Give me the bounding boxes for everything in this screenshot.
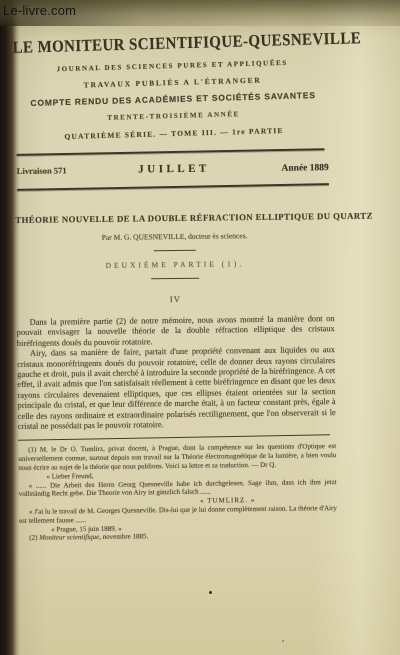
- ink-speck-small: [282, 640, 284, 642]
- page-content: LE MONITEUR SCIENTIFIQUE-QUESNEVILLE JOU…: [13, 0, 338, 543]
- section-number: IV: [16, 292, 334, 306]
- footnote-2-prefix: (2): [29, 534, 39, 542]
- horizontal-rule-top: [17, 148, 325, 157]
- journal-year-line: TRENTE-TROISIÈME ANNÉE: [15, 108, 333, 125]
- issue-livraison: Livraison 571: [17, 165, 67, 176]
- masthead: LE MONITEUR SCIENTIFIQUE-QUESNEVILLE JOU…: [12, 32, 333, 143]
- center-rule-2: [151, 278, 199, 280]
- body-paragraph: Airy, dans sa manière de faire, partait …: [17, 345, 336, 432]
- article-byline: Par M. G. QUESNEVILLE, docteur ès scienc…: [16, 230, 334, 243]
- article-title: THÉORIE NOUVELLE DE LA DOUBLE RÉFRACTION…: [15, 211, 333, 225]
- scanned-journal-page: Le-livre.com LE MONITEUR SCIENTIFIQUE-QU…: [0, 0, 400, 655]
- journal-subtitle-travaux: TRAVAUX PUBLIÉS A L'ÉTRANGER: [14, 74, 332, 92]
- center-rule-1: [154, 250, 196, 252]
- footnote-2-journal-name: Moniteur scientifique: [39, 533, 99, 542]
- ink-speck: [209, 591, 212, 594]
- body-paragraph: Dans la première partie (2) de notre mém…: [17, 314, 335, 349]
- journal-subtitle-compte-rendu: COMPTE RENDU DES ACADÉMIES ET SOCIÉTÉS S…: [14, 90, 332, 109]
- footnote-1: (1) M. le Dr O. Tumlirz, privat docent, …: [18, 443, 336, 473]
- horizontal-rule-bottom: [17, 183, 329, 192]
- footnote-2-suffix: , novembre 1885.: [99, 533, 148, 542]
- issue-bar: Livraison 571 JUILLET Année 1889: [15, 161, 333, 177]
- issue-year: Année 1889: [281, 163, 328, 174]
- journal-subtitle-sciences: JOURNAL DES SCIENCES PURES ET APPLIQUÉES: [13, 58, 331, 75]
- part-heading: DEUXIÈME PARTIE (1).: [16, 258, 334, 271]
- issue-month: JUILLET: [138, 163, 210, 176]
- footnotes-block: (1) M. le Dr O. Tumlirz, privat docent, …: [18, 443, 337, 544]
- footnote-separator-rule: [18, 435, 330, 441]
- journal-series-line: QUATRIÈME SÉRIE. — TOME III. — 1re PARTI…: [15, 125, 333, 143]
- journal-title: LE MONITEUR SCIENTIFIQUE-QUESNEVILLE: [12, 31, 330, 59]
